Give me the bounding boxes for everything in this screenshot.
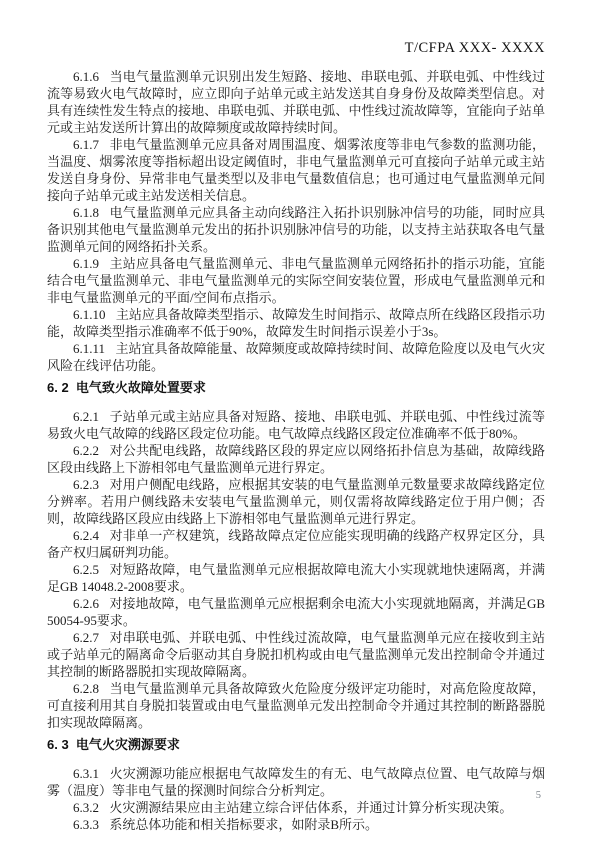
clause-text: 对串联电弧、并联电弧、中性线过流故障，电气量监测单元应在接收到主站或子站单元的隔… [47,630,545,679]
clause-number: 6.2.2 [73,443,99,458]
section-heading-6-3: 6. 3电气火灾溯源要求 [47,736,545,753]
clause-number: 6.1.11 [73,341,105,356]
clause-text: 主站宜具备故障能量、故障频度或故障持续时间、故障危险度以及电气火灾风险在线评估功… [47,341,545,373]
clause-number: 6.2.7 [73,630,99,645]
clause-6-1-9: 6.1.9主站应具备电气量监测单元、非电气量监测单元网络拓扑的指示功能，宜能结合… [47,255,545,306]
clause-number: 6.3.3 [73,817,99,832]
clause-number: 6.1.6 [73,69,99,84]
clause-number: 6.3.1 [73,766,99,781]
clause-6-1-10: 6.1.10主站应具备故障类型指示、故障发生时间指示、故障点所在线路区段指示功能… [47,306,545,340]
clause-number: 6.1.7 [73,137,99,152]
clause-text: 当电气量监测单元具备故障致火危险度分级评定功能时，对高危险度故障，可直接利用其自… [47,681,545,730]
clause-text: 对非单一产权建筑，线路故障点定位应能实现明确的线路产权界定区分，具备产权归属研判… [47,528,545,560]
clause-text: 主站应具备电气量监测单元、非电气量监测单元网络拓扑的指示功能，宜能结合电气量监测… [47,256,545,305]
clause-6-1-8: 6.1.8电气量监测单元应具备主动向线路注入拓扑识别脉冲信号的功能，同时应具备识… [47,204,545,255]
clause-number: 6.1.9 [73,256,99,271]
clause-text: 对接地故障，电气量监测单元应根据剩余电流大小实现就地隔离，并满足GB50054-… [47,596,545,628]
clause-6-2-5: 6.2.5对短路故障，电气量监测单元应根据故障电流大小实现就地快速隔离，并满足G… [47,561,545,595]
clause-text: 火灾溯源结果应由主站建立综合评估体系，并通过计算分析实现决策。 [109,800,512,815]
clause-number: 6.2.8 [73,681,99,696]
clause-text: 对短路故障，电气量监测单元应根据故障电流大小实现就地快速隔离，并满足GB 140… [47,562,545,594]
clause-text: 非电气量监测单元应具备对周围温度、烟雾浓度等非电气参数的监测功能，当温度、烟雾浓… [47,137,545,203]
clause-6-1-11: 6.1.11主站宜具备故障能量、故障频度或故障持续时间、故障危险度以及电气火灾风… [47,340,545,374]
clause-text: 电气量监测单元应具备主动向线路注入拓扑识别脉冲信号的功能，同时应具备识别其他电气… [47,205,545,254]
document-page: T/CFPA XXX- XXXX 6.1.6当电气量监测单元识别出发生短路、接地… [0,0,591,851]
clause-6-1-7: 6.1.7非电气量监测单元应具备对周围温度、烟雾浓度等非电气参数的监测功能，当温… [47,136,545,204]
document-content: 6.1.6当电气量监测单元识别出发生短路、接地、串联电弧、并联电弧、中性线过流等… [47,68,545,833]
clause-number: 6.2.6 [73,596,99,611]
clause-6-3-2: 6.3.2火灾溯源结果应由主站建立综合评估体系，并通过计算分析实现决策。 [47,799,545,816]
clause-6-3-1: 6.3.1火灾溯源功能应根据电气故障发生的有无、电气故障点位置、电气故障与烟雾（… [47,765,545,799]
clause-text: 对公共配电线路，故障线路区段的界定应以网络拓扑信息为基础，故障线路区段由线路上下… [47,443,545,475]
clause-text: 系统总体功能和相关指标要求，如附录B所示。 [109,817,378,832]
page-number: 5 [536,790,541,801]
clause-6-2-8: 6.2.8当电气量监测单元具备故障致火危险度分级评定功能时，对高危险度故障，可直… [47,680,545,731]
clause-number: 6.2.4 [73,528,99,543]
clause-text: 当电气量监测单元识别出发生短路、接地、串联电弧、并联电弧、中性线过流等易致火电气… [47,69,545,135]
section-title: 电气火灾溯源要求 [76,737,180,752]
clause-6-2-4: 6.2.4对非单一产权建筑，线路故障点定位应能实现明确的线路产权界定区分，具备产… [47,527,545,561]
clause-6-2-3: 6.2.3对用户侧配电线路，应根据其安装的电气量监测单元数量要求故障线路定位分辨… [47,476,545,527]
clause-number: 6.2.5 [73,562,99,577]
section-title: 电气致火故障处置要求 [76,380,206,395]
document-header-code: T/CFPA XXX- XXXX [405,40,545,57]
clause-text: 对用户侧配电线路，应根据其安装的电气量监测单元数量要求故障线路定位分辨率。若用户… [47,477,545,526]
section-heading-6-2: 6. 2电气致火故障处置要求 [47,379,545,396]
clause-6-2-2: 6.2.2对公共配电线路，故障线路区段的界定应以网络拓扑信息为基础，故障线路区段… [47,442,545,476]
clause-6-1-6: 6.1.6当电气量监测单元识别出发生短路、接地、串联电弧、并联电弧、中性线过流等… [47,68,545,136]
clause-6-2-7: 6.2.7对串联电弧、并联电弧、中性线过流故障，电气量监测单元应在接收到主站或子… [47,629,545,680]
clause-text: 子站单元或主站应具备对短路、接地、串联电弧、并联电弧、中性线过流等易致火电气故障… [47,409,545,441]
section-number: 6. 3 [47,737,69,752]
clause-number: 6.1.8 [73,205,99,220]
clause-6-2-6: 6.2.6对接地故障，电气量监测单元应根据剩余电流大小实现就地隔离，并满足GB5… [47,595,545,629]
clause-text: 主站应具备故障类型指示、故障发生时间指示、故障点所在线路区段指示功能，故障类型指… [47,307,545,339]
section-number: 6. 2 [47,380,69,395]
clause-number: 6.2.1 [73,409,99,424]
clause-number: 6.2.3 [73,477,99,492]
clause-text: 火灾溯源功能应根据电气故障发生的有无、电气故障点位置、电气故障与烟雾（温度）等非… [47,766,545,798]
clause-6-3-3: 6.3.3系统总体功能和相关指标要求，如附录B所示。 [47,816,545,833]
clause-number: 6.3.2 [73,800,99,815]
clause-6-2-1: 6.2.1子站单元或主站应具备对短路、接地、串联电弧、并联电弧、中性线过流等易致… [47,408,545,442]
clause-number: 6.1.10 [73,307,106,322]
